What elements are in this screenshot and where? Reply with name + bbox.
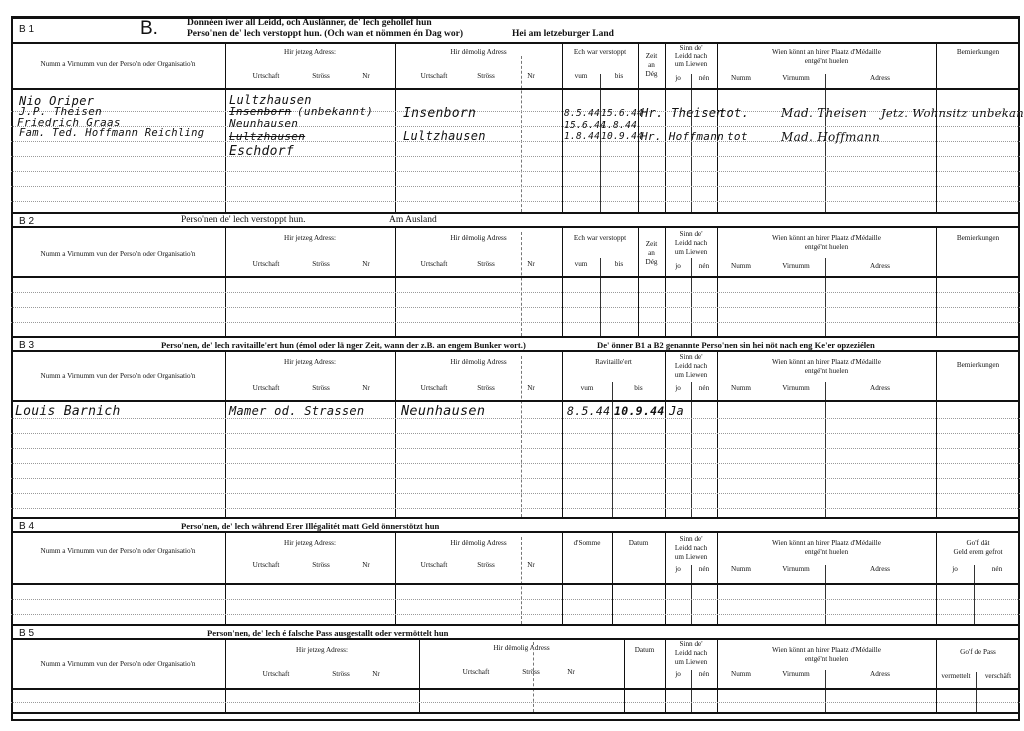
col-alive-3: um Liewen bbox=[665, 248, 717, 257]
col-address: Adress bbox=[825, 74, 935, 83]
section-title-right: Am Ausland bbox=[389, 215, 437, 225]
col-firstname: Virnumm bbox=[771, 74, 821, 83]
b5-header: Numm a Virnumm vun der Perso'n oder Orga… bbox=[11, 640, 1020, 690]
col-street: Ströss bbox=[301, 260, 341, 269]
entry-to: 15.6.44 bbox=[601, 108, 643, 119]
section-b5: B 5 Person'nen, de' lech é falsche Pass … bbox=[11, 624, 1020, 721]
entry-medal-name: Mad. Theisen bbox=[781, 106, 867, 120]
section-code: B 5 bbox=[19, 628, 34, 639]
section-title-bar: B 5 Person'nen, de' lech é falsche Pass … bbox=[11, 624, 1020, 640]
col-time: Zeit bbox=[638, 52, 665, 61]
col-nr: Nr bbox=[361, 670, 391, 679]
b3-header: Numm a Virnumm vun der Perso'n oder Orga… bbox=[11, 352, 1020, 400]
col-alive-2: Leidd nach bbox=[665, 362, 717, 371]
col-yes: jo bbox=[665, 262, 691, 271]
section-title: Donnéen iwer all Leidd, och Auslänner, d… bbox=[187, 18, 432, 28]
col-former-address: Hir dëmolig Adress bbox=[395, 358, 562, 367]
col-address: Adress bbox=[825, 565, 935, 574]
entry-former-place: Lultzhausen bbox=[403, 129, 486, 143]
col-alive-2: Leidd nach bbox=[665, 544, 717, 553]
col-alive: Sinn de' bbox=[665, 353, 717, 362]
section-b3: B 3 Perso'nen, de' lech ravitaille'ert h… bbox=[11, 336, 1020, 517]
entry-current-place: Mamer od. Strassen bbox=[229, 404, 364, 418]
col-former-address: Hir dëmolig Adress bbox=[395, 234, 562, 243]
col-place: Urtschaft bbox=[251, 670, 301, 679]
col-street: Ströss bbox=[466, 561, 506, 570]
col-from: vum bbox=[562, 260, 600, 269]
col-time-3: Dég bbox=[638, 70, 665, 79]
col-no: nén bbox=[691, 74, 717, 83]
form-letter: B. bbox=[140, 18, 158, 40]
col-firstname: Virnumm bbox=[771, 670, 821, 679]
col-current-address: Hir jetzeg Adress: bbox=[225, 48, 395, 57]
col-street: Ströss bbox=[466, 384, 506, 393]
col-name: Numm a Virnumm vun der Perso'n oder Orga… bbox=[11, 547, 225, 556]
col-medal-2: entgé'nt huelen bbox=[717, 655, 936, 664]
col-surname: Numm bbox=[721, 565, 761, 574]
entry-former-place: Insenborn bbox=[403, 106, 476, 121]
col-address: Adress bbox=[825, 384, 935, 393]
col-remarks: Bemierkungen bbox=[936, 361, 1020, 370]
col-former-address: Hir dëmolig Adress bbox=[395, 48, 562, 57]
entry-current-place: Neunhausen bbox=[229, 117, 298, 130]
col-yes: jo bbox=[665, 74, 691, 83]
col-surname: Numm bbox=[721, 262, 761, 271]
section-code: B 3 bbox=[19, 340, 34, 351]
col-medal-2: entgé'nt huelen bbox=[717, 548, 936, 557]
b1-header: Numm a Virnumm vun der Perso'n oder Orga… bbox=[11, 44, 1020, 88]
col-from: vum bbox=[562, 72, 600, 81]
col-place: Urtschaft bbox=[409, 561, 459, 570]
col-alive-3: um Liewen bbox=[665, 371, 717, 380]
entry-from: 15.6.44 bbox=[564, 120, 606, 131]
col-medal: Wien könnt an hirer Plaatz d'Médaille bbox=[717, 358, 936, 367]
entry-to: 1.8.44 bbox=[601, 120, 637, 131]
col-alive-3: um Liewen bbox=[665, 553, 717, 562]
col-street: Ströss bbox=[466, 72, 506, 81]
col-remarks: Bemierkungen bbox=[936, 234, 1020, 243]
col-place: Urtschaft bbox=[241, 72, 291, 81]
section-b1: B 1 B. Donnéen iwer all Leidd, och Auslä… bbox=[11, 16, 1020, 212]
section-title-bar: B 4 Perso'nen, de' lech während Erer Ill… bbox=[11, 517, 1020, 533]
col-hidden: Ech war verstoppt bbox=[562, 234, 638, 243]
entry-name: Louis Barnich bbox=[15, 404, 121, 419]
entry-current-place-struck: Lultzhausen bbox=[229, 130, 305, 143]
section-title-right: Hei am letzeburger Land bbox=[512, 29, 614, 39]
col-remarks: Bemierkungen bbox=[936, 48, 1020, 57]
col-procured: verschäft bbox=[976, 672, 1020, 681]
col-street: Ströss bbox=[301, 72, 341, 81]
col-street: Ströss bbox=[511, 668, 551, 677]
section-b2: B 2 Perso'nen de' lech verstoppt hun. Am… bbox=[11, 212, 1020, 336]
col-address: Adress bbox=[825, 670, 935, 679]
col-nr: Nr bbox=[351, 72, 381, 81]
entry-former-place: Neunhausen bbox=[401, 403, 485, 419]
entry-status: tot. bbox=[719, 106, 749, 120]
b4-header: Numm a Virnumm vun der Perso'n oder Orga… bbox=[11, 533, 1020, 583]
col-no: nén bbox=[691, 670, 717, 679]
col-alive: Sinn de' bbox=[665, 230, 717, 239]
col-medal: Wien könnt an hirer Plaatz d'Médaille bbox=[717, 234, 936, 243]
entry-person: Hr. Hoffmann bbox=[641, 130, 724, 143]
col-surname: Numm bbox=[721, 384, 761, 393]
col-alive: Sinn de' bbox=[665, 535, 717, 544]
col-firstname: Virnumm bbox=[771, 262, 821, 271]
col-alive-3: um Liewen bbox=[665, 658, 717, 667]
col-former-address: Hir dëmolig Adress bbox=[395, 539, 562, 548]
col-medal: Wien könnt an hirer Plaatz d'Médaille bbox=[717, 646, 936, 655]
col-street: Ströss bbox=[301, 384, 341, 393]
col-current-address: Hir jetzeg Adress: bbox=[225, 358, 395, 367]
col-nr: Nr bbox=[351, 384, 381, 393]
col-alive-2: Leidd nach bbox=[665, 239, 717, 248]
col-yes: jo bbox=[665, 670, 691, 679]
entry-status: tot bbox=[727, 130, 748, 143]
col-time-2: an bbox=[638, 249, 665, 258]
entry-medal-address: Jetz. Wohnsitz unbekannt bbox=[881, 106, 1024, 120]
col-time-2: an bbox=[638, 61, 665, 70]
col-from: vum bbox=[562, 384, 612, 393]
col-no: nén bbox=[974, 565, 1020, 574]
entry-to: 10.9.44 bbox=[614, 404, 665, 418]
section-title-2: Perso'nen de' lech verstoppt hun. (Och w… bbox=[187, 29, 463, 39]
col-firstname: Virnumm bbox=[771, 384, 821, 393]
section-title-right: De' önner B1 a B2 genannte Perso'nen sin… bbox=[597, 340, 875, 350]
entry-from: 8.5.44 bbox=[564, 108, 600, 119]
col-medal-2: entgé'nt huelen bbox=[717, 367, 936, 376]
col-surname: Numm bbox=[721, 74, 761, 83]
col-surname: Numm bbox=[721, 670, 761, 679]
section-title: Perso'nen, de' lech während Erer Illégal… bbox=[181, 521, 439, 531]
col-supplied: Ravitaille'ert bbox=[562, 358, 665, 367]
col-place: Urtschaft bbox=[451, 668, 501, 677]
col-date: Datum bbox=[612, 539, 665, 548]
section-title: Perso'nen de' lech verstoppt hun. bbox=[181, 215, 306, 225]
col-place: Urtschaft bbox=[409, 260, 459, 269]
section-code: B 2 bbox=[19, 216, 34, 227]
col-nr: Nr bbox=[351, 561, 381, 570]
col-time-3: Dég bbox=[638, 258, 665, 267]
col-place: Urtschaft bbox=[409, 384, 459, 393]
col-name: Numm a Virnumm vun der Perso'n oder Orga… bbox=[11, 250, 225, 259]
col-current-address: Hir jetzeg Adress: bbox=[225, 646, 419, 655]
col-mediated: vermettelt bbox=[936, 672, 976, 681]
col-no: nén bbox=[691, 565, 717, 574]
section-title: Perso'nen, de' lech ravitaille'ert hun (… bbox=[161, 340, 526, 350]
col-firstname: Virnumm bbox=[771, 565, 821, 574]
section-code: B 4 bbox=[19, 521, 34, 532]
col-to: bis bbox=[600, 260, 638, 269]
col-hidden: Ech war verstoppt bbox=[562, 48, 638, 57]
col-street: Ströss bbox=[466, 260, 506, 269]
col-no: nén bbox=[691, 384, 717, 393]
col-yes: jo bbox=[665, 384, 691, 393]
col-place: Urtschaft bbox=[241, 384, 291, 393]
col-alive-3: um Liewen bbox=[665, 60, 717, 69]
section-title-bar: B 3 Perso'nen, de' lech ravitaille'ert h… bbox=[11, 336, 1020, 352]
col-medal-2: entgé'nt huelen bbox=[717, 57, 936, 66]
entry-alive: Ja bbox=[669, 404, 684, 418]
b2-header: Numm a Virnumm vun der Perso'n oder Orga… bbox=[11, 228, 1020, 276]
col-place: Urtschaft bbox=[409, 72, 459, 81]
col-date: Datum bbox=[624, 646, 665, 655]
col-nr: Nr bbox=[351, 260, 381, 269]
col-medal-2: entgé'nt huelen bbox=[717, 243, 936, 252]
col-medal: Wien könnt an hirer Plaatz d'Médaille bbox=[717, 48, 936, 57]
col-medal: Wien könnt an hirer Plaatz d'Médaille bbox=[717, 539, 936, 548]
section-title-bar: B 1 B. Donnéen iwer all Leidd, och Auslä… bbox=[11, 16, 1020, 44]
col-street: Ströss bbox=[301, 561, 341, 570]
col-address: Adress bbox=[825, 262, 935, 271]
entry-name: Fam. Ted. Hoffmann Reichling bbox=[19, 127, 204, 139]
col-nr: Nr bbox=[556, 668, 586, 677]
col-alive: Sinn de' bbox=[665, 640, 717, 649]
entry-medal-name: Mad. Hoffmann bbox=[781, 130, 880, 144]
col-sum: d'Somme bbox=[562, 539, 612, 548]
col-place: Urtschaft bbox=[241, 260, 291, 269]
col-name: Numm a Virnumm vun der Perso'n oder Orga… bbox=[11, 372, 225, 381]
entry-from: 8.5.44 bbox=[567, 404, 610, 418]
col-yes: jo bbox=[936, 565, 974, 574]
col-yes: jo bbox=[665, 565, 691, 574]
col-current-address: Hir jetzeg Adress: bbox=[225, 539, 395, 548]
col-to: bis bbox=[612, 384, 665, 393]
entry-person: Hr. Theisen bbox=[641, 106, 724, 120]
section-title: Person'nen, de' lech é falsche Pass ausg… bbox=[207, 628, 448, 638]
col-money-gift: Go'f dät bbox=[936, 539, 1020, 548]
col-current-address: Hir jetzeg Adress: bbox=[225, 234, 395, 243]
section-title-bar: B 2 Perso'nen de' lech verstoppt hun. Am… bbox=[11, 212, 1020, 228]
section-code: B 1 bbox=[19, 24, 34, 35]
col-pass-given: Go'f de Pass bbox=[936, 648, 1020, 657]
col-name: Numm a Virnumm vun der Perso'n oder Orga… bbox=[11, 660, 225, 669]
entry-from: 1.8.44 bbox=[564, 131, 600, 142]
col-former-address: Hir dëmolig Adress bbox=[419, 644, 624, 653]
entry-to: 10.9.44 bbox=[601, 131, 643, 142]
col-to: bis bbox=[600, 72, 638, 81]
col-time: Zeit bbox=[638, 240, 665, 249]
col-money-gift-2: Geld erem gefrot bbox=[936, 548, 1020, 557]
col-place: Urtschaft bbox=[241, 561, 291, 570]
entry-current-place: Eschdorf bbox=[229, 144, 294, 159]
entry-current-place-note: (unbekannt) bbox=[297, 105, 373, 118]
col-alive-2: Leidd nach bbox=[665, 649, 717, 658]
col-no: nén bbox=[691, 262, 717, 271]
col-street: Ströss bbox=[321, 670, 361, 679]
section-b4: B 4 Perso'nen, de' lech während Erer Ill… bbox=[11, 517, 1020, 624]
col-name: Numm a Virnumm vun der Perso'n oder Orga… bbox=[11, 60, 225, 69]
